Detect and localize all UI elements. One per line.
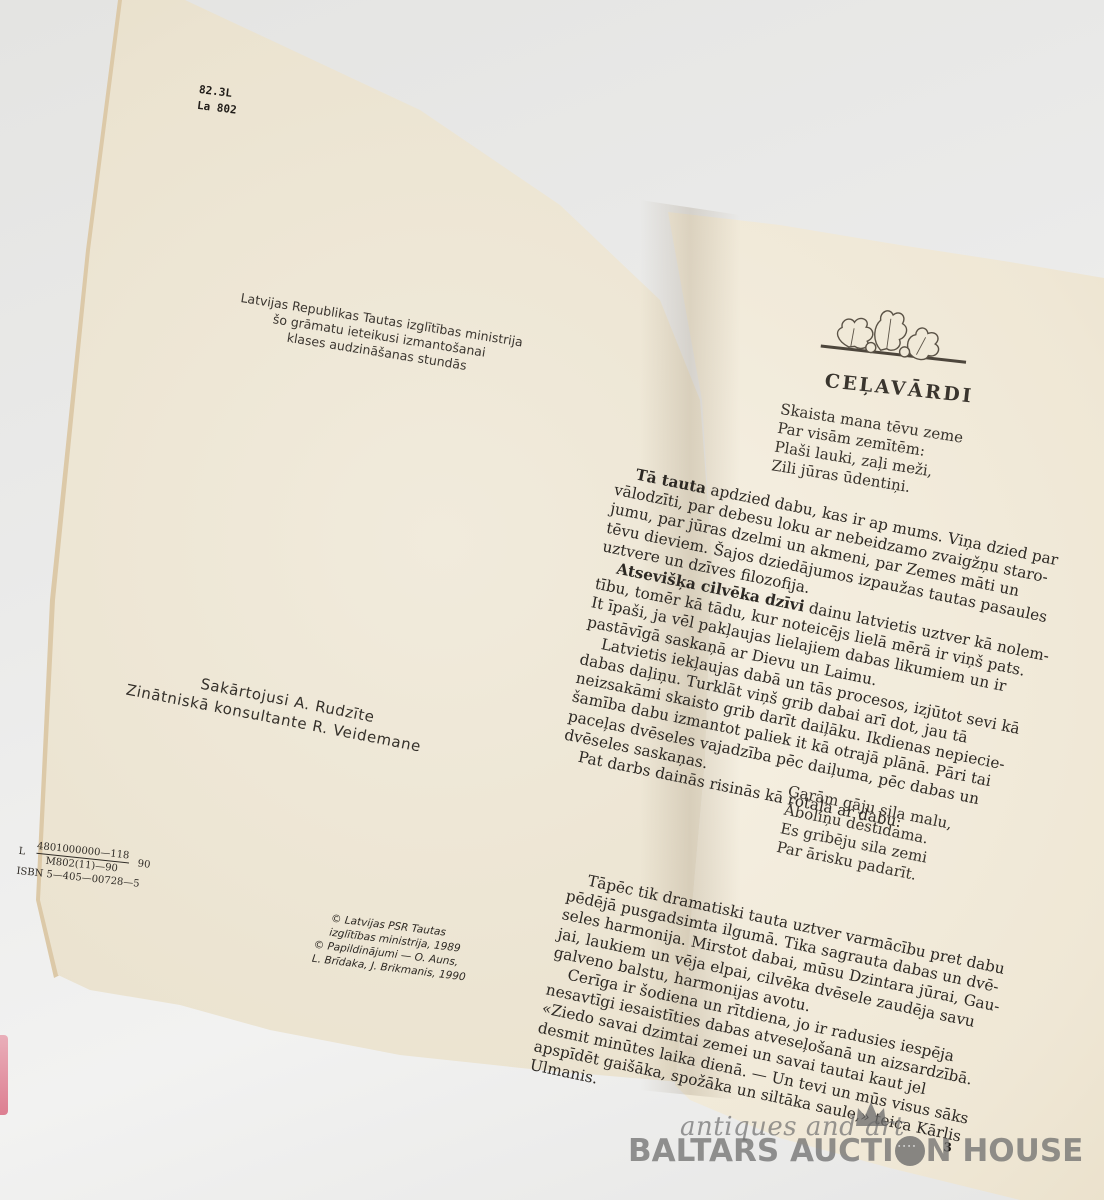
red-cover-edge [0,1035,8,1115]
watermark-brand: BALTARS AUCTIN HOUSE [628,1133,1083,1169]
watermark-globe-icon [895,1136,925,1166]
watermark-brand-part: BALTARS AUCTI [628,1133,894,1169]
watermark-brand-part: N HOUSE [926,1133,1084,1169]
index-suffix: 90 [137,858,151,870]
classification-code: 82.3L La 802 [196,82,239,119]
oak-leaves-ornament-icon [818,300,972,370]
index-prefix: L [18,846,26,858]
book-photo: 82.3L La 802 Latvijas Republikas Tautas … [0,0,1104,1200]
